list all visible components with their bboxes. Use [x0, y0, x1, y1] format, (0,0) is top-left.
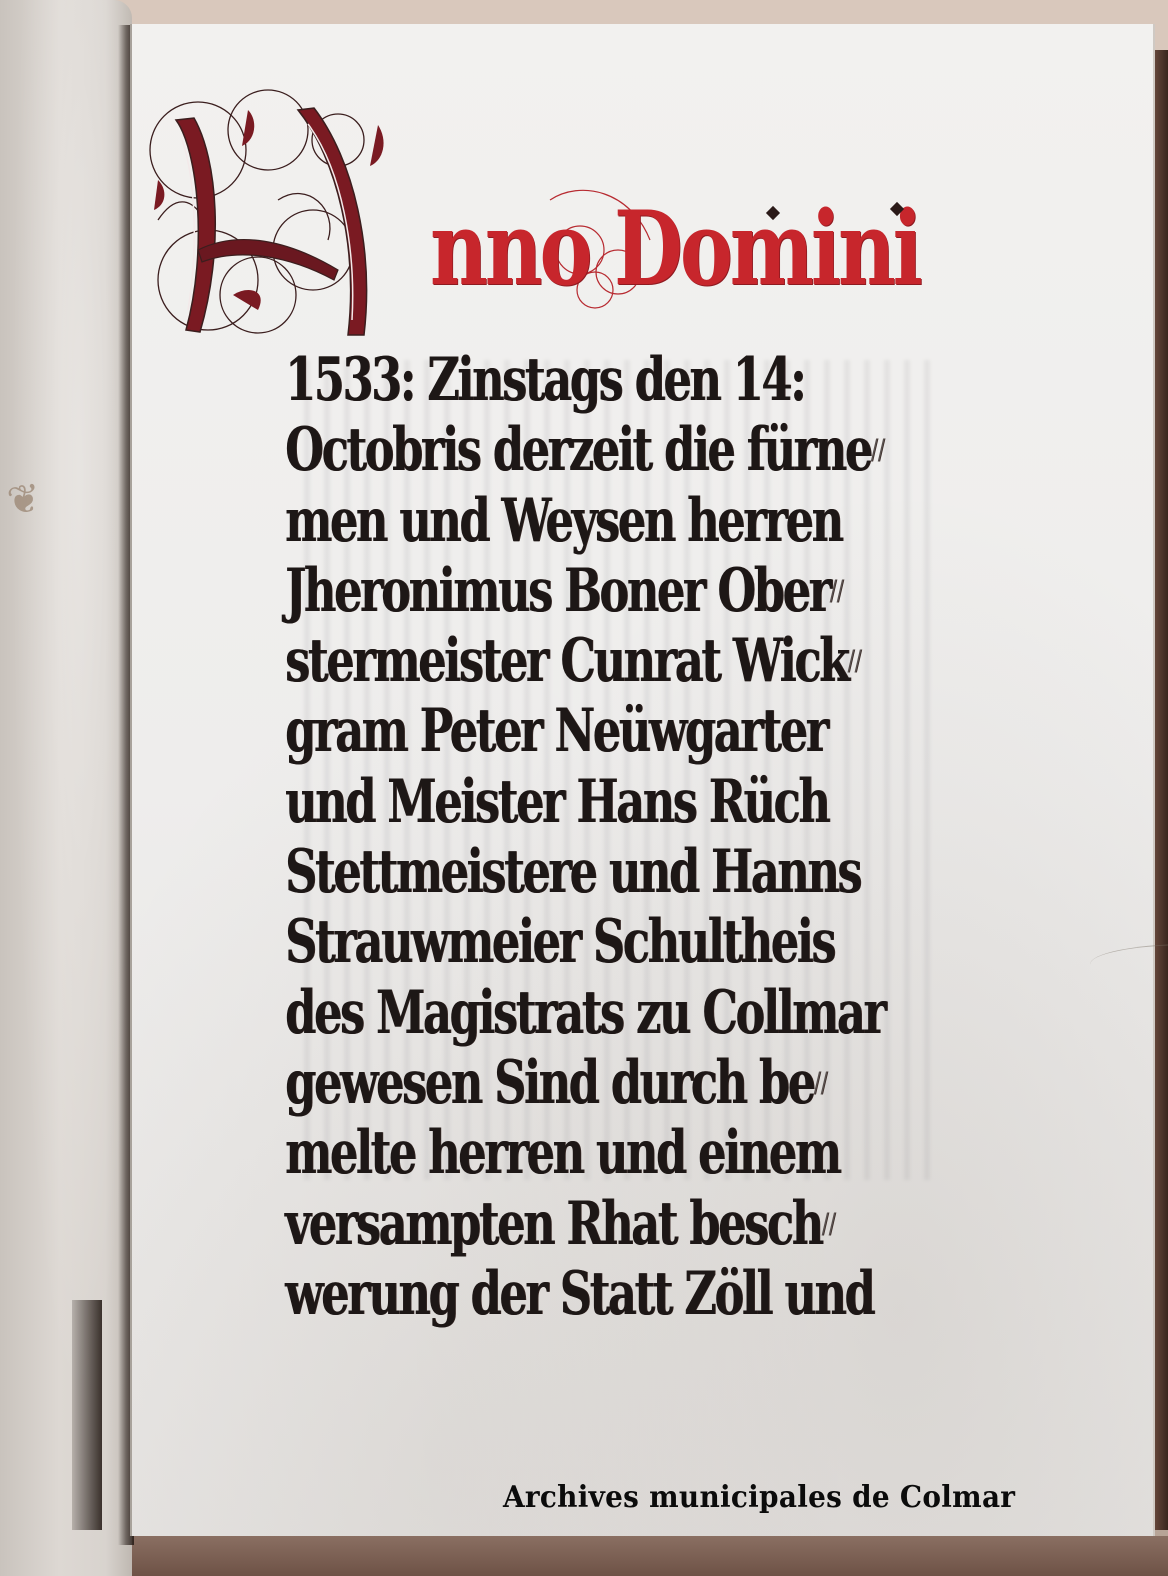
hyphen-mark: // [848, 644, 862, 677]
text-line: men und Weysen herren [285, 486, 788, 556]
archive-caption: Archives municipales de Colmar [503, 1480, 1015, 1515]
line-text: gram Peter Neüwgarter [285, 696, 827, 766]
text-line: melte herren und einem [285, 1118, 788, 1188]
line-text: melte herren und einem [285, 1118, 839, 1188]
line-text: werung der Statt Zöll und [285, 1259, 873, 1329]
text-line: versampten Rhat besch// [285, 1189, 788, 1259]
heading-text: nno Domini [430, 198, 920, 300]
line-text: stermeister Cunrat Wick [285, 626, 848, 696]
text-line: stermeister Cunrat Wick// [285, 626, 788, 696]
line-text: und Meister Hans Rüch [285, 767, 828, 837]
text-line: und Meister Hans Rüch [285, 767, 788, 837]
heading: nno Domini [120, 80, 920, 360]
text-line: gewesen Sind durch be// [285, 1048, 788, 1118]
page-crease [1090, 944, 1168, 985]
gutter-shadow [72, 1300, 102, 1530]
book-binding-edge [1153, 50, 1168, 1530]
text-line: werung der Statt Zöll und [285, 1259, 788, 1329]
hyphen-mark: // [830, 574, 844, 607]
line-text: gewesen Sind durch be [285, 1048, 814, 1118]
line-text: Stettmeistere und Hanns [285, 837, 860, 907]
line-text: men und Weysen herren [285, 486, 842, 556]
hyphen-mark: // [822, 1207, 836, 1240]
hyphen-mark: // [871, 433, 885, 466]
text-line: des Magistrats zu Collmar [285, 978, 788, 1048]
text-line: Strauwmeier Schultheis [285, 907, 788, 977]
text-line: 1533: Zinstags den 14: [285, 345, 788, 415]
line-text: versampten Rhat besch [285, 1189, 822, 1259]
text-line: Jheronimus Boner Ober// [285, 556, 788, 626]
line-text: 1533: Zinstags den 14: [285, 345, 804, 415]
text-line: Octobris derzeit die fürne// [285, 415, 788, 485]
decorated-initial-a-icon [138, 80, 418, 350]
line-text: Octobris derzeit die fürne [285, 415, 871, 485]
line-text: Strauwmeier Schultheis [285, 907, 834, 977]
line-text: des Magistrats zu Collmar [285, 978, 884, 1048]
manuscript-body: 1533: Zinstags den 14: Octobris derzeit … [285, 345, 965, 1329]
emboss-ornament-icon: ❦ [0, 442, 53, 557]
table-surface [0, 1536, 1168, 1576]
text-line: gram Peter Neüwgarter [285, 696, 788, 766]
previous-page-edge: ❦ [0, 0, 132, 1576]
text-line: Stettmeistere und Hanns [285, 837, 788, 907]
line-text: Jheronimus Boner Ober [285, 556, 830, 626]
hyphen-mark: // [814, 1066, 828, 1099]
